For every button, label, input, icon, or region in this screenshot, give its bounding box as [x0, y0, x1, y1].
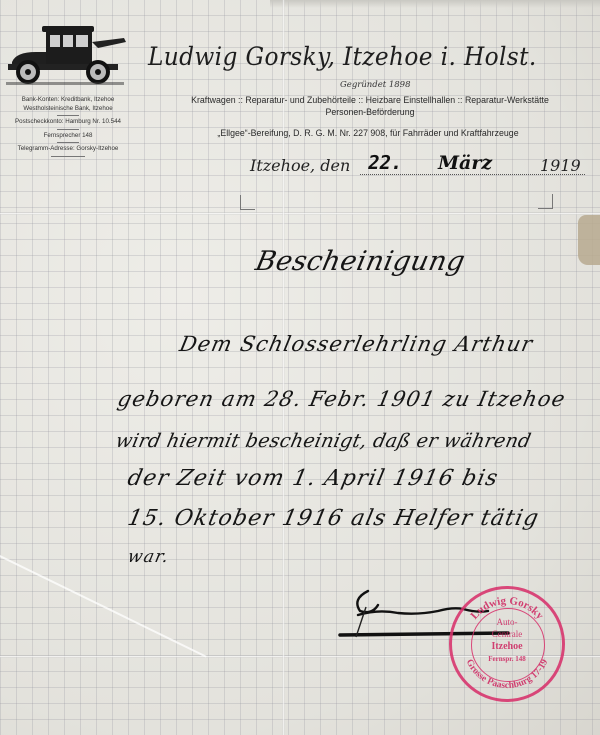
- dateline: Itzehoe, den 22. März 1919: [250, 152, 585, 178]
- horizontal-fold-upper: [0, 212, 600, 215]
- date-place: Itzehoe, den: [250, 156, 350, 175]
- vintage-automobile-icon: [6, 22, 128, 88]
- services-list: Kraftwagen :: Reparatur- und Zubehörteil…: [140, 94, 600, 118]
- date-year: 1919: [540, 156, 581, 175]
- margin-mark-right: [538, 194, 553, 209]
- stamp-line1: Auto-: [452, 617, 562, 627]
- bank-info-block: Bank-Konten: Kreditbank, Itzehoe Westhol…: [2, 96, 134, 159]
- services-line2: Personen-Beförderung: [140, 106, 600, 118]
- stamp-line2: Centrale: [452, 629, 562, 639]
- company-name: Ludwig Gorsky, Itzehoe i. Holst.: [148, 42, 557, 71]
- stamp-line3: Itzehoe: [452, 641, 562, 652]
- divider: [57, 129, 79, 130]
- telephone: Fernsprecher 148: [2, 132, 134, 141]
- diagonal-crease: [0, 555, 207, 658]
- body-line: Dem Schlosserlehrling Arthur: [177, 332, 535, 356]
- telegram-address: Telegramm-Adresse: Gorsky-Itzehoe: [2, 145, 134, 154]
- torn-edge: [578, 215, 600, 265]
- founded-year: Gegründet 1898: [340, 80, 411, 90]
- patent-line: „Ellgee“-Bereifung, D. R. G. M. Nr. 227 …: [148, 128, 588, 138]
- document-title: Bescheinigung: [253, 246, 468, 277]
- divider: [57, 115, 79, 116]
- services-line1: Kraftwagen :: Reparatur- und Zubehörteil…: [140, 94, 600, 106]
- bank-accounts-line1: Bank-Konten: Kreditbank, Itzehoe: [2, 96, 134, 105]
- stamp-line4: Fernspr. 148: [452, 655, 562, 663]
- body-line: war.: [126, 547, 171, 567]
- date-day: 22.: [366, 152, 404, 174]
- body-line: wird hiermit bescheinigt, daß er während: [114, 430, 533, 452]
- margin-mark-left: [240, 195, 255, 210]
- date-month: März: [438, 152, 492, 174]
- postal-account: Postscheckkonto: Hamburg Nr. 10.544: [2, 118, 134, 127]
- bank-accounts-line2: Westholsteinische Bank, Itzehoe: [2, 105, 134, 114]
- divider: [57, 142, 79, 143]
- body-line: geboren am 28. Febr. 1901 zu Itzehoe: [115, 387, 568, 411]
- company-stamp: Ludwig Gorsky Grosse Paaschburg 17-19 Au…: [449, 586, 565, 702]
- body-line: der Zeit vom 1. April 1916 bis: [125, 466, 501, 491]
- body-line: 15. Oktober 1916 als Helfer tätig: [125, 506, 541, 531]
- paper-edge-shadow: [270, 0, 600, 8]
- document-sheet: Bank-Konten: Kreditbank, Itzehoe Westhol…: [0, 0, 600, 735]
- divider: [51, 156, 85, 157]
